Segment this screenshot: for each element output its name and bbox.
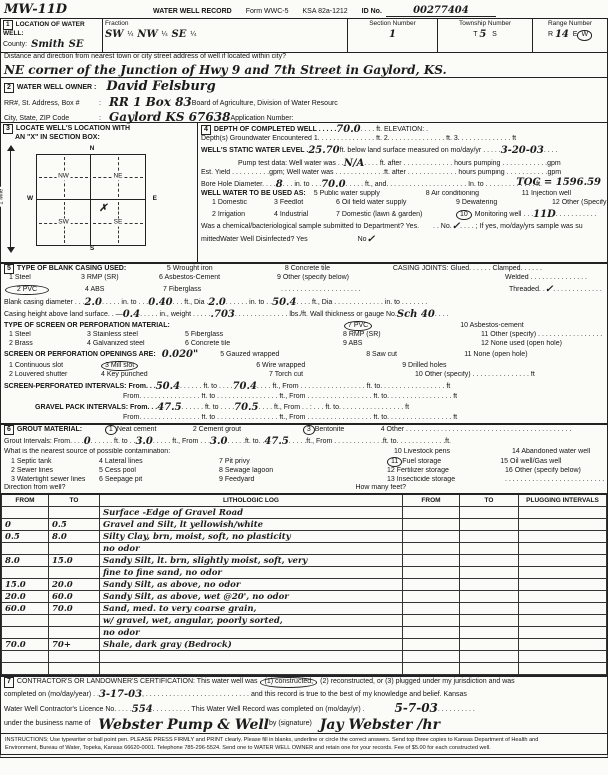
contam-option-14: 14 Abandoned water well <box>512 448 590 457</box>
section-5-casing: 5TYPE OF BLANK CASING USED:5 Wrought iro… <box>1 262 607 423</box>
header-from-2: FROM <box>403 494 460 507</box>
casing-diameter-1: 2.0 <box>85 297 102 309</box>
plug-from-cell <box>403 531 460 543</box>
plug-to-cell <box>460 615 519 627</box>
litho-from-value: 0.5 <box>5 532 20 542</box>
litho-row: no odor <box>2 627 607 639</box>
use-option-10-dots: . . . . . . . . . . . <box>556 211 597 220</box>
litho-description-value: Silty Clay, brn, moist, soft, no plastic… <box>103 532 291 542</box>
depth-completed-value: 70.0 <box>336 124 360 136</box>
contam-option-4: 4 Lateral lines <box>99 458 219 467</box>
id-no-label: ID No. <box>362 8 382 17</box>
screen-option-9: 9 ABS <box>343 340 481 349</box>
litho-to-value: 0.5 <box>52 520 67 530</box>
litho-to-value: 8.0 <box>52 532 67 542</box>
nw-label: NW <box>56 173 71 181</box>
handwritten-well-number: MW-11D <box>4 2 67 18</box>
plug-to-cell <box>460 579 519 591</box>
locate-title-2: AN "X" IN SECTION BOX: <box>15 134 100 143</box>
openings-title: SCREEN OR PERFORATION OPENINGS ARE: <box>4 351 156 360</box>
litho-to-cell <box>49 507 100 519</box>
litho-from-cell <box>2 507 49 519</box>
completed-date: 3-17-03 <box>99 689 142 701</box>
plug-from-cell <box>403 615 460 627</box>
litho-to-cell: 8.0 <box>49 531 100 543</box>
section-3-4-block: 3LOCATE WELL'S LOCATION WITH AN "X" IN S… <box>1 122 607 262</box>
sample-wrap: mitted <box>201 236 220 245</box>
casing-joints-label: CASING JOINTS: Glued. . . . . . Clamped.… <box>393 265 542 274</box>
mile-line <box>10 151 11 247</box>
plug-to-cell <box>460 567 519 579</box>
litho-to-cell <box>49 651 100 663</box>
litho-description-value: Shale, dark gray (Bedrock) <box>103 640 232 650</box>
fraction-quarter-0: SE <box>69 39 84 52</box>
litho-to-value: 70.0 <box>52 604 73 614</box>
distance-value: NE corner of the Junction of Hwy 9 and 7… <box>4 63 447 78</box>
header-to-2: TO <box>460 494 519 507</box>
screen-interval-from: 50.4 <box>156 381 180 393</box>
litho-row: 15.020.0Sandy Silt, as above, no odor <box>2 579 607 591</box>
use-option-10-circled: 10 <box>456 210 472 220</box>
plug-from-cell <box>403 627 460 639</box>
litho-description-cell: no odor <box>100 627 403 639</box>
casing-diameter-mid4: . . . . ft., Dia . . . . . . . . . . . .… <box>296 299 427 308</box>
litho-description-value: Surface -Edge of Gravel Road <box>103 508 243 518</box>
litho-description-cell: Surface -Edge of Gravel Road <box>100 507 403 519</box>
east-label: E <box>153 195 157 203</box>
sample-rest: . . . . ; If yes, mo/day/yrs sample was … <box>460 223 583 232</box>
contam-option-12: 12 Fertilizer storage <box>387 467 505 476</box>
fraction-cell: Fraction SW¼ NW¼ SE¼ <box>102 19 347 52</box>
signature-value: Jay Webster /hr <box>320 717 440 733</box>
opening-option-7: 7 Torch cut <box>269 371 415 380</box>
litho-description-cell: no odor <box>100 543 403 555</box>
opening-option-10: 10 Other (specify) . . . . . . . . . . .… <box>415 371 535 380</box>
screen-option-7-circled: 7 PVC <box>344 321 372 331</box>
form-body: 1LOCATION OF WATER WELL: County:SmithSE … <box>0 18 608 758</box>
litho-description-value: fine to fine sand, no odor <box>103 568 222 578</box>
quarter-glyph-1: ¼ <box>127 31 133 40</box>
gauge-value: Sch 40 <box>397 309 435 321</box>
plug-interval-cell <box>519 519 607 531</box>
disinfected-no-check: ✓ <box>367 234 375 246</box>
section-6-number: 6 <box>4 425 14 436</box>
header-plugging-intervals: PLUGGING INTERVALS <box>519 494 607 507</box>
litho-description-cell: w/ gravel, wet, angular, poorly sorted, <box>100 615 403 627</box>
toc-elevation-note: TOC = 1596.59 <box>516 177 601 190</box>
section-1-location: 1LOCATION OF WATER WELL: County:SmithSE … <box>1 19 607 52</box>
litho-row: 8.015.0Sandy Silt, lt. brn, slightly moi… <box>2 555 607 567</box>
instructions-block: INSTRUCTIONS: Use typewriter or ball poi… <box>1 733 607 754</box>
grout-option-1-label: Neat cement <box>117 426 193 435</box>
range-west-circled: W <box>577 30 592 40</box>
litho-to-cell <box>49 543 100 555</box>
county-label: County: <box>3 41 27 50</box>
section-7-certification: 7CONTRACTOR'S OR LANDOWNER'S CERTIFICATI… <box>1 675 607 733</box>
screen-option-6: 6 Concrete tile <box>185 340 343 349</box>
plug-from-cell <box>403 507 460 519</box>
screen-material-title: TYPE OF SCREEN OR PERFORATION MATERIAL: <box>4 322 272 331</box>
plug-interval-cell <box>519 531 607 543</box>
litho-description-cell <box>100 663 403 675</box>
gauge-dots: . . . . <box>435 311 449 320</box>
casing-diameter-label: Blank casing diameter . . . <box>4 299 85 308</box>
litho-row <box>2 651 607 663</box>
section-1-title: LOCATION OF WATER WELL: <box>3 21 85 37</box>
locate-title-1: LOCATE WELL'S LOCATION WITH <box>16 125 130 134</box>
litho-from-cell: 70.0 <box>2 639 49 651</box>
county-value: Smith <box>31 39 65 52</box>
screen-option-2: 2 Brass <box>9 340 87 349</box>
plug-interval-cell <box>519 579 607 591</box>
plug-from-cell <box>403 579 460 591</box>
plug-to-cell <box>460 543 519 555</box>
casing-height-mid: . . . . . in., weight . . . . . <box>140 311 210 320</box>
screen-option-5: 5 Fiberglass <box>185 331 343 340</box>
lithologic-table-body: Surface -Edge of Gravel Road00.5Gravel a… <box>2 507 607 675</box>
township-value: 5 <box>479 29 486 40</box>
well-location-x-mark: ✗ <box>99 203 107 216</box>
litho-from-value: 60.0 <box>5 604 26 614</box>
fraction-label: Fraction <box>105 20 345 28</box>
litho-description-value: Sandy Silt, as above, no odor <box>103 580 240 590</box>
certification-text-5: . . . . . . . . . . <box>438 706 475 715</box>
plug-interval-cell <box>519 555 607 567</box>
litho-from-cell <box>2 615 49 627</box>
form-number: Form WWC-5 <box>246 8 289 17</box>
casing-diameter-mid2: . . . ft., Dia . <box>173 299 209 308</box>
plug-to-cell <box>460 591 519 603</box>
litho-description-value: w/ gravel, wet, angular, poorly sorted, <box>103 616 283 626</box>
distance-direction-block: Distance and direction from nearest town… <box>1 52 607 78</box>
litho-from-cell: 15.0 <box>2 579 49 591</box>
ksa-statute: KSA 82a-1212 <box>303 8 348 17</box>
casing-weight-value: .703 <box>211 309 235 321</box>
section-box-diagram: 1 Mile N S W E NW NE SW SE ✗ <box>3 145 195 253</box>
section-4-depth: 4DEPTH OF COMPLETED WELL . . . . .70.0. … <box>198 123 607 262</box>
plug-from-cell <box>403 591 460 603</box>
nw-quadrant: NW <box>37 155 91 200</box>
gravel-pack-from: 47.5 <box>157 402 181 414</box>
litho-description-value: Sand, med. to very coarse grain, <box>103 604 257 614</box>
litho-description-value: Sandy Silt, as above, wet @20', no odor <box>103 592 289 602</box>
certification-text-4: . . . . . . . . . . This Water Well Reco… <box>153 706 365 715</box>
use-option-7: 7 Domestic (lawn & garden) <box>336 211 456 220</box>
plug-interval-cell <box>519 591 607 603</box>
form-title: WATER WELL RECORD <box>153 8 232 17</box>
section-2-number: 2 <box>4 83 14 94</box>
litho-description-value: no odor <box>103 544 140 554</box>
pump-test-unit: gpm <box>547 160 561 169</box>
contam-option-7: 7 Pit privy <box>219 458 387 467</box>
sw-quadrant: SW <box>37 200 91 245</box>
section-5-number: 5 <box>4 264 14 275</box>
litho-to-value: 60.0 <box>52 592 73 602</box>
threaded-check: ✓ <box>545 284 553 296</box>
plug-from-cell <box>403 555 460 567</box>
screen-option-12: 12 None used (open hole) <box>481 340 562 349</box>
arrow-down-icon <box>7 247 15 253</box>
fraction-quarter-1: SW <box>105 29 123 42</box>
plug-interval-cell <box>519 651 607 663</box>
casing-option-3: 3 RMP (SR) <box>81 274 159 283</box>
grout-mid-2: . . . . . ft., From . . . <box>153 438 210 447</box>
lithologic-table-header: FROM TO LITHOLOGIC LOG FROM TO PLUGGING … <box>2 494 607 507</box>
plug-to-cell <box>460 531 519 543</box>
grout-title: GROUT MATERIAL: <box>17 426 105 435</box>
casing-option-9: 9 Other (specify below) <box>277 274 385 283</box>
compass-box: N S W E NW NE SW SE ✗ <box>27 145 157 253</box>
litho-from-cell: 0 <box>2 519 49 531</box>
litho-description-cell: Sandy Silt, as above, no odor <box>100 579 403 591</box>
litho-description-cell: Sandy Silt, as above, wet @20', no odor <box>100 591 403 603</box>
disinfected-question: Water Well Disinfected? Yes <box>220 236 308 245</box>
business-name-label: under the business name of <box>4 720 90 729</box>
opening-option-11: 11 None (open hole) <box>464 351 527 360</box>
certification-text-3: , . . . . . . . . . . . . . . . . . . . … <box>142 691 467 700</box>
township-prefix: T <box>473 31 477 38</box>
certification-text-2: (2) reconstructed, or (3) plugged under … <box>320 678 515 687</box>
litho-description-cell: fine to fine sand, no odor <box>100 567 403 579</box>
joints-threaded: Threaded. . <box>509 286 545 295</box>
depth-completed-after: . . . . ft. ELEVATION: . <box>361 126 428 135</box>
direction-from-well-label: Direction from well? <box>4 484 65 493</box>
fraction-quarter-3: SE <box>172 29 187 42</box>
north-label: N <box>90 145 95 153</box>
contam-other-dots: . . . . . . . . . . . . . . . . . . . . … <box>505 476 604 485</box>
use-option-9: 9 Dewatering <box>456 199 552 208</box>
business-name-value: Webster Pump & Well <box>98 717 269 733</box>
screen-option-8: 8 RMP (SR) <box>343 331 481 340</box>
litho-description-cell: Silty Clay, brn, moist, soft, no plastic… <box>100 531 403 543</box>
litho-row: Surface -Edge of Gravel Road <box>2 507 607 519</box>
ne-label: NE <box>111 173 124 181</box>
litho-from-cell: 60.0 <box>2 603 49 615</box>
litho-row: 60.070.0Sand, med. to very coarse grain, <box>2 603 607 615</box>
plug-interval-cell <box>519 543 607 555</box>
litho-to-cell <box>49 627 100 639</box>
blank-casing-title: TYPE OF BLANK CASING USED: <box>17 265 167 274</box>
casing-diameter-mid1: . . . . . in. to . . . <box>102 299 148 308</box>
litho-to-value: 70+ <box>52 640 71 650</box>
licence-number: 554 <box>132 704 153 716</box>
section-3-locate: 3LOCATE WELL'S LOCATION WITH AN "X" IN S… <box>1 123 198 262</box>
litho-to-cell <box>49 567 100 579</box>
openings-size: 0.020" <box>162 349 199 361</box>
litho-row: 20.060.0Sandy Silt, as above, wet @20', … <box>2 591 607 603</box>
plug-from-cell <box>403 603 460 615</box>
pump-test-mid: . . . . ft. after . . . . . . . . . . . … <box>364 160 547 169</box>
county-cell: 1LOCATION OF WATER WELL: County:SmithSE <box>1 19 102 52</box>
bore-hole-diameter: 8 <box>276 179 283 191</box>
contam-option-1: 1 Septic tank <box>11 458 99 467</box>
section-1-number: 1 <box>3 20 13 30</box>
opening-option-8: 8 Saw cut <box>366 351 464 360</box>
litho-row <box>2 663 607 675</box>
litho-from-cell <box>2 651 49 663</box>
plug-from-cell <box>403 639 460 651</box>
bore-hole-mid1: . . . in. to . . . <box>283 181 322 190</box>
litho-from-cell <box>2 663 49 675</box>
casing-diameter-2: 2.0 <box>208 297 225 309</box>
litho-description-cell: Sandy Silt, lt. brn, slightly moist, sof… <box>100 555 403 567</box>
screen-interval-mid1: . . . . . . ft. to . . . . <box>180 383 233 392</box>
disinfected-no-label: No <box>358 236 367 245</box>
casing-depth-1: 0.40 <box>148 297 172 309</box>
casing-option-8: 8 Concrete tile <box>285 265 393 274</box>
screen-interval-row2: From. . . . . . . . . . . . . . . . ft. … <box>123 393 457 402</box>
water-well-record-form: MW-11D WATER WELL RECORD Form WWC-5 KSA … <box>0 0 608 775</box>
completed-on-label: completed on (mo/day/year) . . <box>4 691 99 700</box>
plug-from-cell <box>403 567 460 579</box>
contam-option-9: 9 Feedyard <box>219 476 387 485</box>
board-of-agriculture-text: Board of Agriculture, Division of Water … <box>192 100 338 109</box>
gravel-pack-label: GRAVEL PACK INTERVALS: From. . . <box>35 404 157 413</box>
screen-interval-mid2: . . . . ft., From . . . . . . . . . . . … <box>257 383 450 392</box>
licence-label: Water Well Contractor's Licence No. . . … <box>4 706 132 715</box>
plug-from-cell <box>403 651 460 663</box>
grout-option-3-circled: 3 <box>303 425 315 435</box>
use-option-6: 6 Oil field water supply <box>336 199 456 208</box>
instructions-line-1: INSTRUCTIONS: Use typewriter or ball poi… <box>5 736 603 744</box>
plug-to-cell <box>460 555 519 567</box>
litho-row: 70.070+Shale, dark gray (Bedrock) <box>2 639 607 651</box>
address-value: RR 1 Box 83 <box>109 95 192 109</box>
contam-option-10: 10 Livestock pens <box>394 448 512 457</box>
litho-header-row: FROM TO LITHOLOGIC LOG FROM TO PLUGGING … <box>2 494 607 507</box>
signature-label: by (signature) <box>269 720 312 729</box>
casing-option-6: 6 Asbestos-Cement <box>159 274 277 283</box>
screen-option-1: 1 Steel <box>9 331 87 340</box>
range-label: Range Number <box>535 20 605 28</box>
plug-interval-cell <box>519 603 607 615</box>
form-header: MW-11D WATER WELL RECORD Form WWC-5 KSA … <box>0 0 608 18</box>
casing-height-label: Casing height above land surface. . — <box>4 311 123 320</box>
litho-to-cell: 60.0 <box>49 591 100 603</box>
opening-option-6: 6 Wire wrapped <box>256 362 402 371</box>
range-prefix: R <box>548 31 553 38</box>
grout-mid-4: . . . . .ft., From . . . . . . . . . . .… <box>289 438 451 447</box>
casing-option-7: 7 Fiberglass <box>163 286 281 295</box>
ne-quadrant: NE <box>91 155 145 200</box>
sample-no-label: . . No. <box>433 223 452 232</box>
well-use-title: WELL WATER TO BE USED AS: <box>201 190 306 199</box>
grout-interval-2-to: 47.5 <box>264 436 288 448</box>
static-water-level-value: 25.70 <box>308 145 339 157</box>
litho-description-cell: Sand, med. to very coarse grain, <box>100 603 403 615</box>
casing-option-2-circled: 2 PVC <box>5 285 49 295</box>
distance-label: Distance and direction from nearest town… <box>4 53 286 62</box>
litho-to-cell <box>49 663 100 675</box>
use-option-1: 1 Domestic <box>212 199 274 208</box>
casing-height-mid2: . . . . . . . . . . . . . . lbs./ft. Wal… <box>235 311 397 320</box>
litho-from-value: 70.0 <box>5 640 26 650</box>
plug-interval-cell <box>519 567 607 579</box>
litho-to-cell: 0.5 <box>49 519 100 531</box>
fraction-quarter-2: NW <box>137 29 157 42</box>
west-label: W <box>27 195 33 203</box>
quarter-glyph-2: ¼ <box>162 31 168 40</box>
plug-interval-cell <box>519 507 607 519</box>
use-option-12: 12 Other (Specify below) <box>552 199 607 208</box>
groundwater-encountered-line: Depth(s) Groundwater Encountered 1. . . … <box>201 135 516 144</box>
section-number-label: Section Number <box>350 20 435 28</box>
casing-height-value: 0.4 <box>123 309 140 321</box>
use-option-10-handwritten: 11D <box>533 209 556 221</box>
opening-option-2: 2 Louvered shutter <box>9 371 101 380</box>
grout-option-3-label: Bentonite <box>315 426 381 435</box>
township-suffix: S <box>492 31 497 38</box>
plug-from-cell <box>403 663 460 675</box>
gravel-pack-to: 70.5 <box>234 402 258 414</box>
litho-from-value: 0 <box>5 520 11 530</box>
litho-to-value: 15.0 <box>52 556 73 566</box>
range-cell: Range Number R 14 EW <box>532 19 607 52</box>
contam-option-16: 16 Other (specify below) <box>505 467 581 476</box>
litho-to-cell: 20.0 <box>49 579 100 591</box>
owner-name: David Felsburg <box>106 79 215 94</box>
header-lithologic-log: LITHOLOGIC LOG <box>100 494 403 507</box>
plug-to-cell <box>460 663 519 675</box>
contam-option-13: 13 Insecticide storage <box>387 476 505 485</box>
record-completed-date: 5-7-03 <box>395 701 438 716</box>
grout-interval-1-from: 0 <box>84 436 91 448</box>
instructions-line-2: Environment, Bureau of Water, Topeka, Ka… <box>5 744 603 752</box>
litho-from-cell <box>2 543 49 555</box>
opening-option-1: 1 Continuous slot <box>9 362 101 371</box>
depth-completed-label: DEPTH OF COMPLETED WELL . . . . . <box>214 126 336 135</box>
use-option-11: 11 Injection well <box>522 190 571 199</box>
owner-title: WATER WELL OWNER : <box>17 84 96 93</box>
screen-interval-to: 70.4 <box>233 381 257 393</box>
gravel-pack-mid2: . . . . ft., From . . : . . . ft. to. . … <box>259 404 410 413</box>
litho-to-cell <box>49 615 100 627</box>
plug-to-cell <box>460 603 519 615</box>
application-number-label: Application Number: <box>230 115 293 124</box>
contam-option-6: 6 Seepage pit <box>99 476 219 485</box>
grout-mid-1: . . . . . . ft. to . . <box>91 438 136 447</box>
litho-from-cell <box>2 627 49 639</box>
contam-option-3: 3 Watertight sewer lines <box>11 476 99 485</box>
contam-option-5: 5 Cess pool <box>99 467 219 476</box>
litho-to-value: 20.0 <box>52 580 73 590</box>
plug-interval-cell <box>519 663 607 675</box>
litho-description-value: no odor <box>103 628 140 638</box>
bore-hole-label: Bore Hole Diameter. . . . <box>201 181 276 190</box>
litho-from-cell <box>2 567 49 579</box>
screen-option-4: 4 Galvanized steel <box>87 340 185 349</box>
contam-option-11-circled: 11 <box>387 457 402 467</box>
litho-description-value: Sandy Silt, lt. brn, slightly moist, sof… <box>103 556 307 566</box>
section-7-number: 7 <box>4 677 14 688</box>
quarter-section-grid: NW NE SW SE <box>36 154 146 246</box>
certification-text-1: CONTRACTOR'S OR LANDOWNER'S CERTIFICATIO… <box>17 678 258 687</box>
sample-no-check: ✓ <box>452 221 460 233</box>
plug-interval-cell <box>519 627 607 639</box>
grout-interval-1-to: 3.0 <box>135 436 152 448</box>
grout-option-2: 2 Cement grout <box>193 426 303 435</box>
litho-to-cell: 15.0 <box>49 555 100 567</box>
bore-hole-depth: 70.0 <box>321 179 345 191</box>
one-mile-label: 1 Mile <box>0 187 6 207</box>
screen-intervals-label: SCREEN-PERFORATED INTERVALS: From. . . <box>4 383 156 392</box>
lithologic-log-table: FROM TO LITHOLOGIC LOG FROM TO PLUGGING … <box>1 493 607 675</box>
plug-to-cell <box>460 651 519 663</box>
litho-to-cell: 70+ <box>49 639 100 651</box>
plug-to-cell <box>460 507 519 519</box>
gravel-pack-mid1: . . . . . . ft. to . . . . <box>182 404 235 413</box>
plug-to-cell <box>460 519 519 531</box>
